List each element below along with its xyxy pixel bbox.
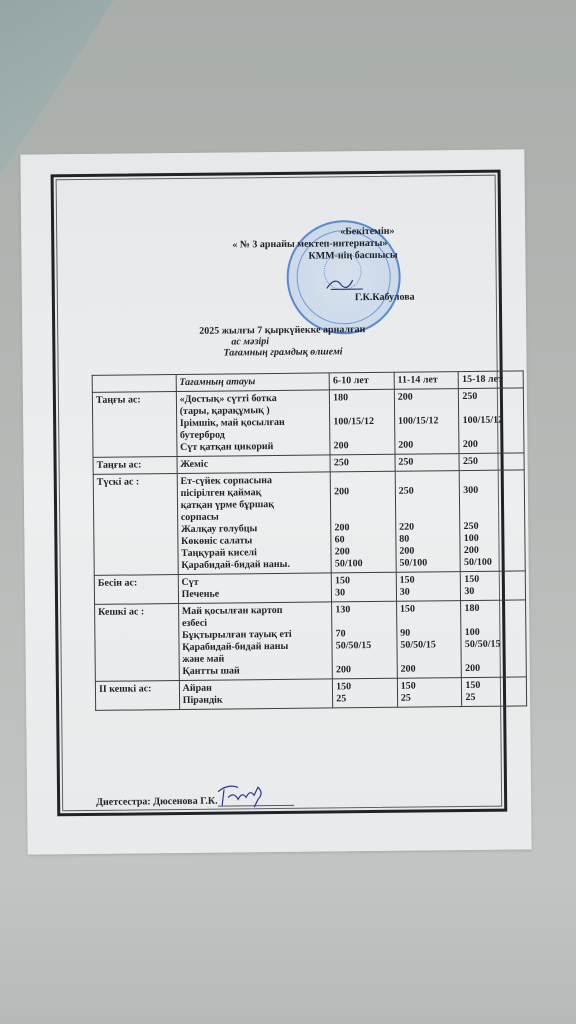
portion-value: 200 [463,438,521,451]
menu-table: Тағамның атауы 6-10 лет 11-14 лет 15-18 … [92,370,527,711]
portion-age-11-14: 15025 [397,678,462,708]
portion-value [463,426,521,439]
portion-value: 250 [334,457,392,470]
portion-value: 150 [336,681,394,694]
portion-value: 220 [399,521,457,534]
portion-value: 70 [336,628,394,641]
portion-value [463,472,521,485]
portion-value: 250 [398,456,456,469]
portion-value [336,652,394,665]
portion-value [463,496,521,509]
portion-value [333,428,391,441]
portion-value: 180 [333,392,391,405]
portion-age-11-14: 15030 [396,572,461,602]
portion-value [465,614,523,627]
portion-value [398,427,456,440]
dish-list: Жеміс [177,455,331,474]
portion-value: 200 [336,664,394,677]
portion-value: 200 [398,439,456,452]
portion-value: 200 [464,544,522,557]
dietitian-signature-line: Диетсестра: Дюсенова Г.К. [96,795,294,808]
portion-subtitle: Тағамның грамдық өлшемі [223,346,342,358]
dish-list: СүтПеченье [178,573,332,604]
portion-value [399,497,457,510]
dish-line: Қантты шай [182,664,329,678]
meal-name: Таңғы ас: [93,457,177,475]
portion-age-11-14: 200100/15/12200 [394,389,459,455]
meal-name: Таңғы ас: [92,392,176,458]
portion-value: 200 [335,546,393,559]
portion-value: 25 [336,693,394,706]
portion-age-15-18: 18010050/50/15200 [461,600,526,678]
portion-age-11-14: 2502208020050/100 [395,471,461,573]
dish-list: Ет-сүйек сорпасынапісірілген қаймаққатқа… [177,472,332,575]
portion-value [463,508,521,521]
portion-age-6-10: 250 [330,454,395,472]
portion-value: 250 [464,520,522,533]
header-dish-name: Тағамның атауы [176,373,330,392]
dish-line: Сүт қатқан цикорий [180,440,327,454]
table-row: Таңғы ас:«Достық» сүтті ботка(тары, қара… [92,388,524,458]
dish-line: Печенье [182,587,329,601]
portion-age-6-10: 15030 [331,572,396,602]
portion-value [399,473,457,486]
portion-value: 25 [401,692,459,705]
portion-age-11-14: 250 [395,454,460,472]
portion-value: 100/15/12 [462,414,520,427]
approval-block: «Бекітемін» « № 3 арнайы мектеп-интернат… [232,225,472,228]
signature-underline [218,795,294,807]
dish-list: АйранПірәндік [179,679,333,710]
portion-value: 180 [464,602,522,615]
portion-value: 200 [399,545,457,558]
portion-value: 30 [335,587,393,600]
portion-value: 80 [399,533,457,546]
portion-value: 30 [464,585,522,598]
portion-value: 100/15/12 [398,415,456,428]
portion-value: 200 [400,663,458,676]
portion-value: 250 [463,455,521,468]
portion-value: 100/15/12 [333,416,391,429]
portion-value: 100 [465,626,523,639]
portion-value: 150 [400,574,458,587]
portion-age-11-14: 1509050/50/15200 [396,601,461,679]
portion-value: 60 [335,534,393,547]
dish-line: Пірәндік [183,693,330,707]
portion-age-15-18: 15030 [461,571,526,601]
menu-document: «Бекітемін» « № 3 арнайы мектеп-интернат… [20,149,531,854]
portion-value [334,510,392,523]
portion-age-6-10: 15025 [333,678,398,708]
dietitian-label: Диетсестра: Дюсенова Г.К. [96,796,218,808]
portion-value [398,403,456,416]
portion-value: 250 [462,390,520,403]
portion-value [465,650,523,663]
portion-age-15-18: 250 [459,453,524,471]
menu-date-title: 2025 жылғы 7 қыркүйекке арналған [199,324,365,337]
portion-value [400,651,458,664]
portion-value: 200 [334,440,392,453]
header-age-11-14: 11-14 лет [394,372,459,390]
portion-age-6-10: 180100/15/12200 [330,389,395,455]
menu-table-body: Таңғы ас:«Достық» сүтті ботка(тары, қара… [92,388,526,710]
portion-value: 130 [335,604,393,617]
portion-value [462,402,520,415]
meal-name: Кешкі ас : [95,604,179,682]
dish-line: Қарабидай-бидай наны. [181,558,328,572]
portion-value [400,615,458,628]
portion-value: 50/100 [335,558,393,571]
portion-value: 50/100 [464,556,522,569]
table-row: ІІ кешкі ас:АйранПірәндік150251502515025 [95,677,526,711]
portion-value: 150 [400,603,458,616]
portion-value: 30 [400,586,458,599]
dish-line: Жеміс [180,457,327,471]
meal-name: ІІ кешкі ас: [95,681,179,711]
portion-value: 90 [400,627,458,640]
portion-age-6-10: 1307050/50/15200 [332,601,397,679]
portion-value: 250 [399,485,457,498]
table-row: Бесін ас:СүтПеченье150301503015030 [94,571,525,605]
director-signature-icon [325,274,365,292]
dietitian-signature-icon [213,783,273,810]
page-border-frame: «Бекітемін» « № 3 арнайы мектеп-интернат… [51,170,508,817]
portion-age-15-18: 30025010020050/100 [460,470,526,572]
header-age-15-18: 15-18 лет [459,371,524,389]
dish-list: «Достық» сүтті ботка(тары, қарақұмық )Ір… [176,390,330,457]
portion-value: 50/50/15 [336,640,394,653]
meal-name: Бесін ас: [94,575,178,605]
director-name: Г.К.Кабулова [355,292,415,305]
portion-value: 100 [464,532,522,545]
portion-value [333,404,391,417]
portion-value: 200 [465,662,523,675]
portion-value: 150 [401,680,459,693]
portion-value [334,474,392,487]
portion-age-6-10: 2002006020050/100 [330,471,396,573]
portion-value: 200 [334,486,392,499]
header-meal [92,375,176,393]
portion-value [335,616,393,629]
portion-value: 150 [335,575,393,588]
portion-value: 50/50/15 [465,638,523,651]
menu-subtitle: ас мәзірі [231,336,269,347]
portion-value [334,498,392,511]
portion-value: 50/50/15 [400,639,458,652]
table-row: Түскі ас :Ет-сүйек сорпасынапісірілген қ… [93,470,525,576]
header-age-6-10: 6-10 лет [329,372,394,390]
meal-name: Түскі ас : [93,474,178,576]
portion-value: 200 [334,522,392,535]
portion-value: 300 [463,484,521,497]
portion-value: 150 [464,573,522,586]
portion-value: 150 [465,679,523,692]
table-row: Кешкі ас :Май қосылған картопезбесіБұқты… [95,600,527,682]
portion-value: 25 [465,691,523,704]
portion-value: 50/100 [399,557,457,570]
approved-label: «Бекітемін» [340,226,394,239]
portion-value: 200 [398,391,456,404]
portion-age-15-18: 15025 [462,677,527,707]
head-title: КММ-нің басшысы [308,250,397,263]
portion-age-15-18: 250100/15/12200 [459,388,524,454]
portion-value [399,509,457,522]
dish-list: Май қосылған картопезбесіБұқтырылған тау… [178,602,332,681]
